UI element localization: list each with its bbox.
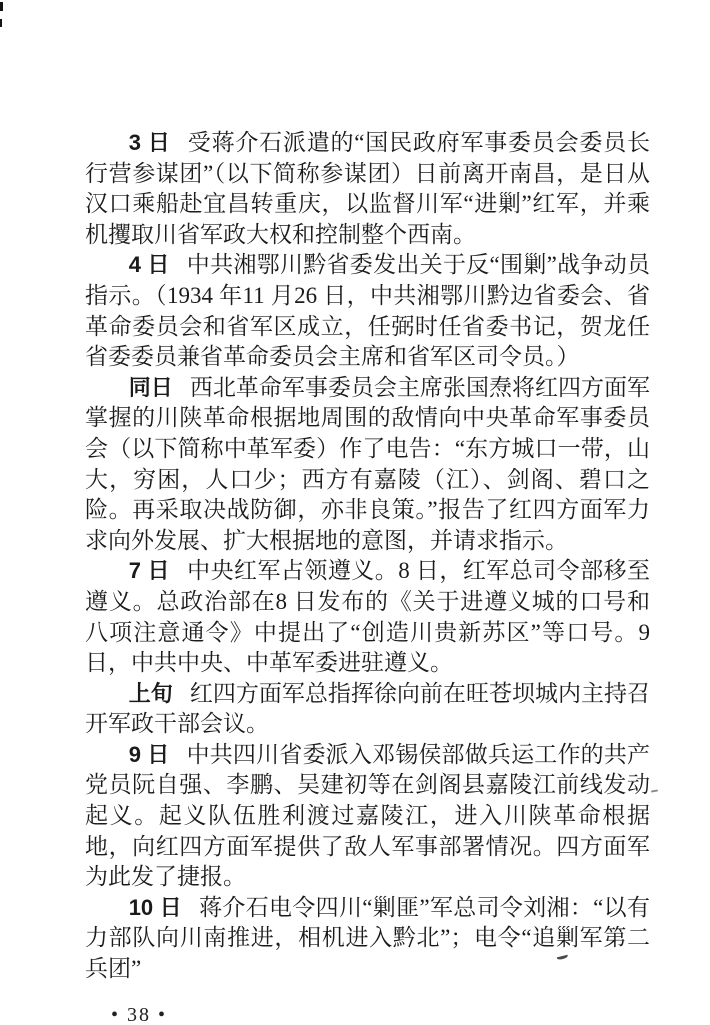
entry-date-label: 10 日 xyxy=(129,895,182,920)
chronicle-entry: 9 日中共四川省委派入邓锡侯部做兵运工作的共产党员阮自强、李鹏、吴建初等在剑阁县… xyxy=(85,740,650,893)
chronicle-entry: 7 日中央红军占领遵义。8 日，红军总司令部移至遵义。总政治部在8 日发布的《关… xyxy=(85,556,650,678)
chronicle-entry: 3 日受蒋介石派遣的“国民政府军事委员会委员长行营参谋团”（以下简称参谋团）日前… xyxy=(85,128,650,250)
chronicle-entry: 上旬红四方面军总指挥徐向前在旺苍坝城内主持召开军政干部会议。 xyxy=(85,679,650,740)
entry-text: 西北革命军事委员会主席张国焘将红四方面军掌握的川陕革命根据地周围的敌情向中央革命… xyxy=(85,375,650,553)
chronicle-entry: 同日西北革命军事委员会主席张国焘将红四方面军掌握的川陕革命根据地周围的敌情向中央… xyxy=(85,373,650,557)
entry-date-label: 3 日 xyxy=(129,130,171,155)
entry-date-label: 上旬 xyxy=(129,681,173,706)
scan-edge-speck xyxy=(0,2,3,11)
book-page: 3 日受蒋介石派遣的“国民政府军事委员会委员长行营参谋团”（以下简称参谋团）日前… xyxy=(0,0,710,1025)
entry-date-label: 同日 xyxy=(129,375,173,400)
scan-speck xyxy=(651,789,658,792)
text-column: 3 日受蒋介石派遣的“国民政府军事委员会委员长行营参谋团”（以下简称参谋团）日前… xyxy=(85,128,650,1025)
page-number: • 38 • xyxy=(85,1000,650,1025)
entry-date-label: 4 日 xyxy=(129,252,170,277)
chronicle-entry: 4 日中共湘鄂川黔省委发出关于反“围剿”战争动员指示。（1934 年11 月26… xyxy=(85,250,650,372)
entry-date-label: 7 日 xyxy=(129,558,170,583)
chronicle-entry: 10 日蒋介石电令四川“剿匪”军总司令刘湘：“以有力部队向川南推进，相机进入黔北… xyxy=(85,893,650,985)
entry-date-label: 9 日 xyxy=(129,742,170,767)
entry-text: 中共四川省委派入邓锡侯部做兵运工作的共产党员阮自强、李鹏、吴建初等在剑阁县嘉陵江… xyxy=(85,742,650,889)
scan-edge-speck xyxy=(0,19,2,27)
